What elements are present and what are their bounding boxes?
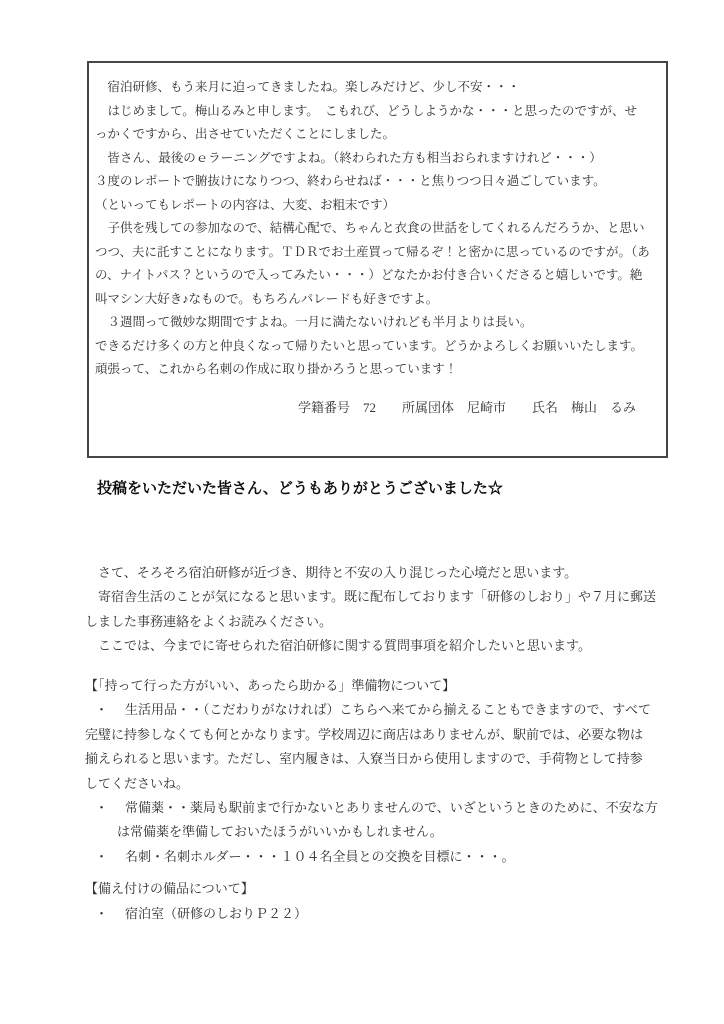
letter-line: 宿泊研修、もう来月に迫ってきましたね。楽しみだけど、少し不安・・・ xyxy=(95,76,662,100)
bullet-item-text: 名刺・名刺ホルダー・・・１０４名全員との交換を目標に・・・。 xyxy=(125,845,695,869)
letter-line: 叫マシン大好き♪なもので。もちろんパレードも好きですよ。 xyxy=(95,288,662,312)
letter-line: 子供を残しての参加なので、結構心配で、ちゃんと衣食の世話をしてくれるんだろうか、… xyxy=(95,217,662,241)
letter-line: の、ナイトパス？というので入ってみたい・・・）どなたかお付き合いくださると嬉しい… xyxy=(95,264,662,288)
document-page: 宿泊研修、もう来月に迫ってきましたね。楽しみだけど、少し不安・・・ はじめまして… xyxy=(0,0,724,1024)
bullet-item-continuation: 揃えられると思います。ただし、室内履きは、入寮当日から使用しますので、手荷物とし… xyxy=(85,747,695,771)
bullet-dot-icon: ・ xyxy=(85,698,125,722)
bullet-item-continuation: してくださいね。 xyxy=(85,772,695,796)
letter-line: できるだけ多くの方と仲良くなって帰りたいと思っています。どうかよろしくお願いいた… xyxy=(95,335,662,359)
letter-box: 宿泊研修、もう来月に迫ってきましたね。楽しみだけど、少し不安・・・ はじめまして… xyxy=(87,61,668,458)
bullet-dot-icon: ・ xyxy=(85,902,125,926)
letter-line: ３週間って微妙な期間ですよね。一月に満たないけれども半月よりは長い。 xyxy=(95,311,662,335)
letter-line: 頑張って、これから名刺の作成に取り掛かろうと思っています！ xyxy=(95,358,662,382)
letter-line: つつ、夫に託すことになります。ＴＤＲでお土産買って帰るぞ！と密かに思っているので… xyxy=(95,241,662,265)
qa-section: 【「持って行った方がいい、あったら助かる」準備物について】・生活用品・・（こだわ… xyxy=(85,674,695,869)
bullet-item-text: 生活用品・・（こだわりがなければ）こちらへ来てから揃えることもできますので、すべ… xyxy=(125,698,695,722)
letter-line: 皆さん、最後のｅラーニングですよね。（終わられた方も相当おられますけれど・・・） xyxy=(95,147,662,171)
intro-line: 寄宿舎生活のことが気になると思います。既に配布しております「研修のしおり」や７月… xyxy=(85,585,685,609)
qa-section: 【備え付けの備品について】・宿泊室（研修のしおりＰ２２） xyxy=(85,877,695,926)
intro-line: ここでは、今までに寄せられた宿泊研修に関する質問事項を紹介したいと思います。 xyxy=(85,634,685,658)
section-heading: 【「持って行った方がいい、あったら助かる」準備物について】 xyxy=(85,674,695,698)
thanks-heading: 投稿をいただいた皆さん、どうもありがとうございました☆ xyxy=(97,477,503,501)
bullet-item-text: 常備薬・・薬局も駅前まで行かないとありませんので、いざというときのために、不安な… xyxy=(125,796,695,820)
intro-paragraphs: さて、そろそろ宿泊研修が近づき、期待と不安の入り混じった心境だと思います。 寄宿… xyxy=(85,561,685,659)
bullet-dot-icon: ・ xyxy=(85,796,125,820)
intro-line: しました事務連絡をよくお読みください。 xyxy=(85,610,685,634)
bullet-item-continuation: 完璧に持参しなくても何とかなります。学校周辺に商店はありませんが、駅前では、必要… xyxy=(85,723,695,747)
letter-line: っかくですから、出させていただくことにしました。 xyxy=(95,123,662,147)
bullet-item-continuation: は常備薬を準備しておいたほうがいいかもしれません。 xyxy=(117,820,695,844)
bullet-item-text: 宿泊室（研修のしおりＰ２２） xyxy=(125,902,695,926)
section-heading: 【備え付けの備品について】 xyxy=(85,877,695,901)
letter-body: 宿泊研修、もう来月に迫ってきましたね。楽しみだけど、少し不安・・・ はじめまして… xyxy=(95,76,662,382)
bullet-item: ・宿泊室（研修のしおりＰ２２） xyxy=(85,902,695,926)
letter-line: ３度のレポートで腑抜けになりつつ、終わらせねば・・・と焦りつつ日々過ごしています… xyxy=(95,170,662,194)
letter-line: はじめまして。梅山るみと申します。 こもれび、どうしようかな・・・と思ったのです… xyxy=(95,100,662,124)
letter-line: （といってもレポートの内容は、大変、お粗末です） xyxy=(95,194,662,218)
bullet-dot-icon: ・ xyxy=(85,845,125,869)
intro-line: さて、そろそろ宿泊研修が近づき、期待と不安の入り混じった心境だと思います。 xyxy=(85,561,685,585)
bullet-item: ・常備薬・・薬局も駅前まで行かないとありませんので、いざというときのために、不安… xyxy=(85,796,695,820)
signature-line: 学籍番号 72 所属団体 尼崎市 氏名 梅山 るみ xyxy=(95,396,662,420)
qa-sections: 【「持って行った方がいい、あったら助かる」準備物について】・生活用品・・（こだわ… xyxy=(85,674,695,926)
bullet-item: ・名刺・名刺ホルダー・・・１０４名全員との交換を目標に・・・。 xyxy=(85,845,695,869)
bullet-item: ・生活用品・・（こだわりがなければ）こちらへ来てから揃えることもできますので、す… xyxy=(85,698,695,722)
